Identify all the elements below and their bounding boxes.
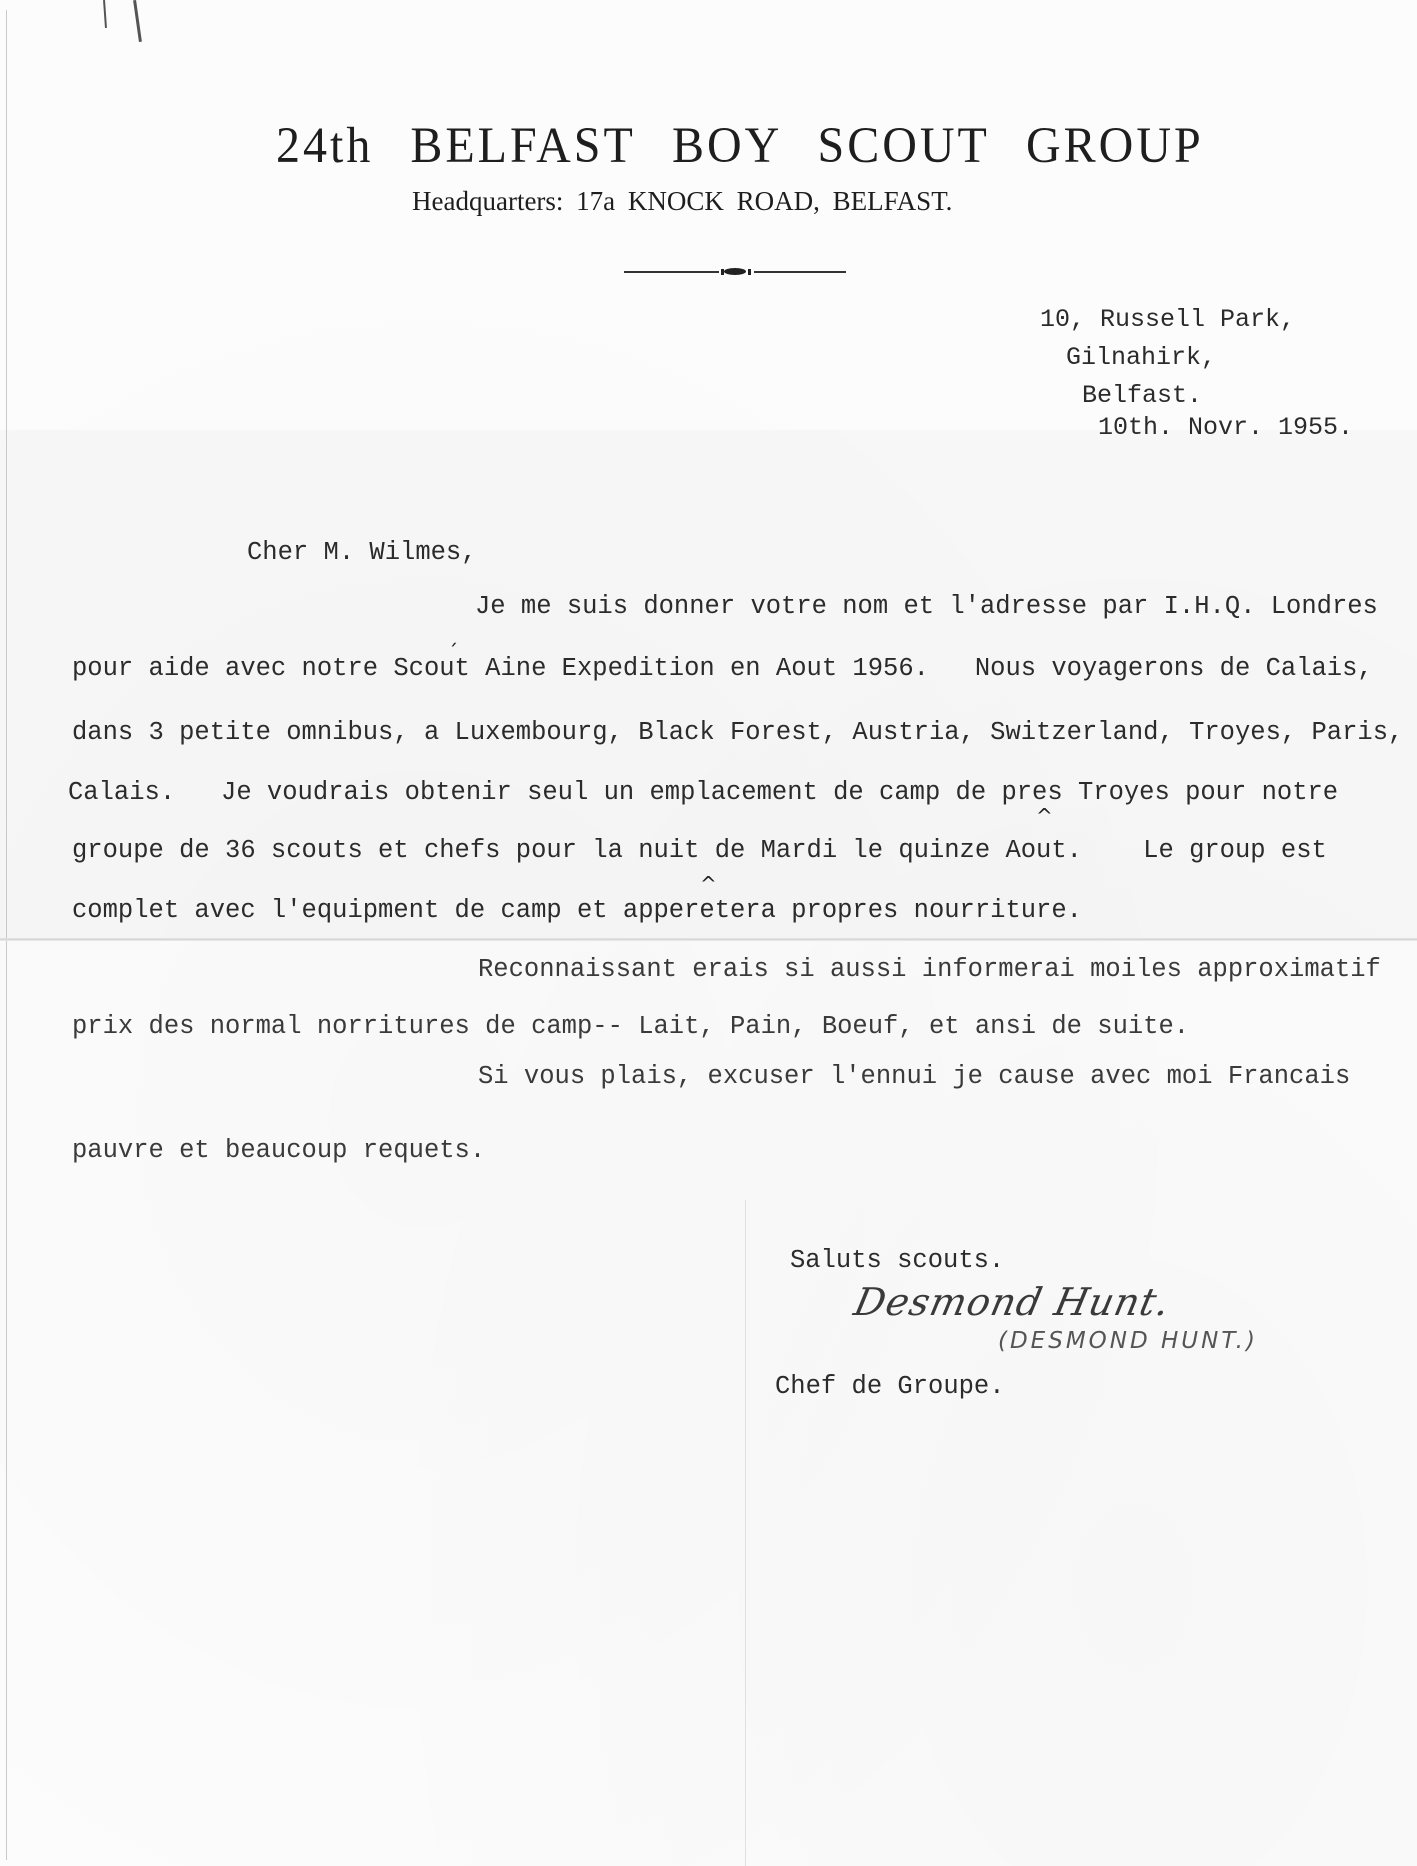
closing: Saluts scouts. [790,1246,1004,1275]
printed-name: (DESMOND HUNT.) [998,1328,1258,1354]
body-line: dans 3 petite omnibus, a Luxembourg, Bla… [72,718,1403,747]
address-line-1: 10, Russell Park, [1040,305,1295,334]
page-edge [6,10,7,1860]
letterhead-title: 24th BELFAST BOY SCOUT GROUP [276,117,1196,175]
handwritten-acute-accent: ´ [448,640,458,664]
divider-ornament-icon [724,268,746,275]
body-line: pour aide avec notre Scout Aine Expediti… [72,654,1373,683]
handwritten-circumflex: ^ [700,872,717,896]
body-line: Je me suis donner votre nom et l'adresse… [475,592,1378,621]
handwritten-circumflex: ^ [1036,804,1053,828]
salutation: Cher M. Wilmes, [247,538,477,567]
body-line: groupe de 36 scouts et chefs pour la nui… [72,836,1327,865]
body-line: Si vous plais, excuser l'ennui je cause … [478,1062,1350,1091]
letter-date: 10th. Novr. 1955. [1098,413,1353,442]
body-line: complet avec l'equipment de camp et appe… [72,896,1082,925]
vertical-fold-line [745,1200,746,1866]
letterhead-address: Headquarters: 17a KNOCK ROAD, BELFAST. [412,186,952,217]
body-line: prix des normal norritures de camp-- Lai… [72,1012,1189,1041]
signer-title: Chef de Groupe. [775,1372,1005,1401]
body-line: Calais. Je voudrais obtenir seul un empl… [68,778,1338,807]
handwritten-signature: Desmond Hunt. [850,1280,1174,1324]
body-line: Reconnaissant erais si aussi informerai … [478,955,1381,984]
address-line-2: Gilnahirk, [1066,343,1216,372]
letterhead-divider [624,267,846,277]
horizontal-fold-line [0,938,1417,941]
body-line: pauvre et beaucoup requets. [72,1136,485,1165]
address-line-3: Belfast. [1082,381,1202,410]
